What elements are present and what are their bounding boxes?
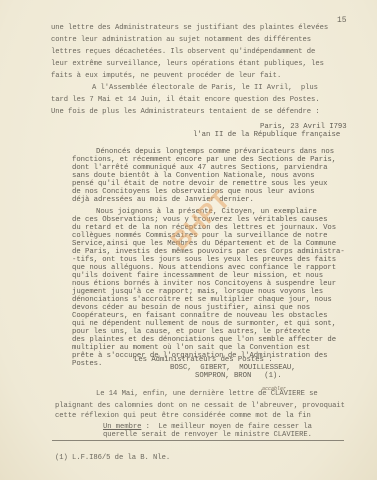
letter-line: multiplier au moment où l'on sait que la… xyxy=(72,344,310,352)
letter-line: -tifs, ont tous les jours sous les yeux … xyxy=(72,256,336,264)
letter-line: de nos Concitoyens les observations que … xyxy=(72,188,314,196)
member-quote-line: Un membre : Le meilleur moyen de faire c… xyxy=(103,423,312,431)
letter-line: pensé qu'il était de notre devoir de rem… xyxy=(72,180,327,188)
letter-line: dont l'arrêté communiqué aux 47 autres S… xyxy=(72,164,327,172)
letter-line: Coopérateurs, en faisant connaître de no… xyxy=(72,312,327,320)
letter-line: Service,ainsi que les Membres du Départe… xyxy=(72,240,336,248)
letter-line: sans doute bientôt à la Convention Natio… xyxy=(72,172,314,180)
member-speaker: Un membre xyxy=(103,423,141,431)
member-quote-text: : Le meilleur moyen de faire cesser la xyxy=(141,423,312,431)
letter-line: Postes. xyxy=(72,360,102,368)
text-line: tard les 7 Mai et 14 Juin, il était enco… xyxy=(51,96,320,104)
letter-line: nous étions bornés à inviter nos Concito… xyxy=(72,280,336,288)
letter-dateline: Paris, 23 Avril I793 xyxy=(260,123,347,131)
text-line: contre leur administration au sujet nota… xyxy=(51,36,311,44)
letter-line: Dénoncés depuis longtemps comme prévaric… xyxy=(96,148,334,156)
letter-line: jugement jusqu'à ce rapport; mais, lorsq… xyxy=(72,288,323,296)
signature-names: SOMPRON, BRON (1). xyxy=(195,372,282,380)
handwritten-annotation: accabler xyxy=(262,386,286,392)
footnote-divider xyxy=(52,440,344,441)
letter-line: devons céder au besoin de nous justifier… xyxy=(72,304,310,312)
text-line: cette réflexion qui peut être considérée… xyxy=(55,412,311,420)
text-line: faits à eux imputés, ne peuvent procéder… xyxy=(51,72,281,80)
letter-line: fonctions, et récemment encore par une d… xyxy=(72,156,336,164)
letter-line: que nous alléguons. Nous attendions avec… xyxy=(72,264,336,272)
member-quote-line: querelle serait de renvoyer le ministre … xyxy=(103,431,312,439)
letter-line: qui ne dépendent nullement de nous de su… xyxy=(72,320,336,328)
signature-title: Les Administrateurs des Postes : xyxy=(134,356,273,364)
text-line: A l'Assemblée électorale de Paris, le II… xyxy=(92,84,318,92)
document-page: 15 une lettre des Administrateurs se jus… xyxy=(0,0,377,480)
text-line: Une fois de plus les Administrateurs ten… xyxy=(51,108,320,116)
letter-line: de Paris, investis des mêmes pouvoirs pa… xyxy=(72,248,345,256)
letter-line: des plaintes et des dénonciations que l'… xyxy=(72,336,336,344)
page-number: 15 xyxy=(337,16,347,25)
text-line: leur extrême surveillance, leurs opérati… xyxy=(51,60,324,68)
letter-line: qu'ils doivent faire incessamment de leu… xyxy=(72,272,323,280)
letter-line: dénonciations s'accroître et se multipli… xyxy=(72,296,332,304)
signature-names: BOSC, GIBERT, MOUILLESSEAU, xyxy=(170,364,296,372)
text-line: plaignant des calomnies dont on ne cessa… xyxy=(55,402,345,410)
text-line: lettres reçues décachetées. Ils observen… xyxy=(51,48,315,56)
text-line: une lettre des Administrateurs se justif… xyxy=(51,24,328,32)
footnote: (1) L.F.I86/5 de la B. Nle. xyxy=(55,454,170,462)
letter-dateline-republic: l'an II de la République française xyxy=(193,131,340,139)
letter-line: pour les uns, la cause, et pour les autr… xyxy=(72,328,310,336)
